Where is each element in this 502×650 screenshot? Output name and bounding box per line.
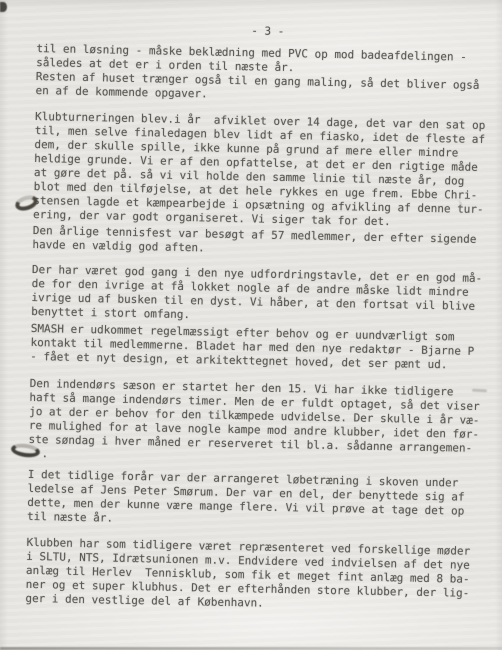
typed-paragraph: til en løsning - måske beklædning med PV… xyxy=(35,42,498,107)
typed-paragraph: Klubturneringen blev.i år afviklet over … xyxy=(33,110,497,231)
typed-paragraph: Der har været god gang i den nye udfordr… xyxy=(31,263,494,328)
typed-paragraph: I det tidlige forår var der arrangeret l… xyxy=(27,468,490,533)
page-number: - 3 - xyxy=(37,20,499,43)
edge-mark xyxy=(0,2,7,12)
typed-paragraph: SMASH er udkommet regelmæssigt efter beh… xyxy=(30,322,493,373)
typed-paragraph: Klubben har som tidligere været repræsen… xyxy=(25,536,488,615)
typed-text-block: - 3 - til en løsning - måske beklædning … xyxy=(25,20,499,615)
typed-paragraph: Den indendørs sæson er startet her den 1… xyxy=(28,377,492,470)
scanned-paper-sheet: - 3 - til en løsning - måske beklædning … xyxy=(0,0,502,650)
